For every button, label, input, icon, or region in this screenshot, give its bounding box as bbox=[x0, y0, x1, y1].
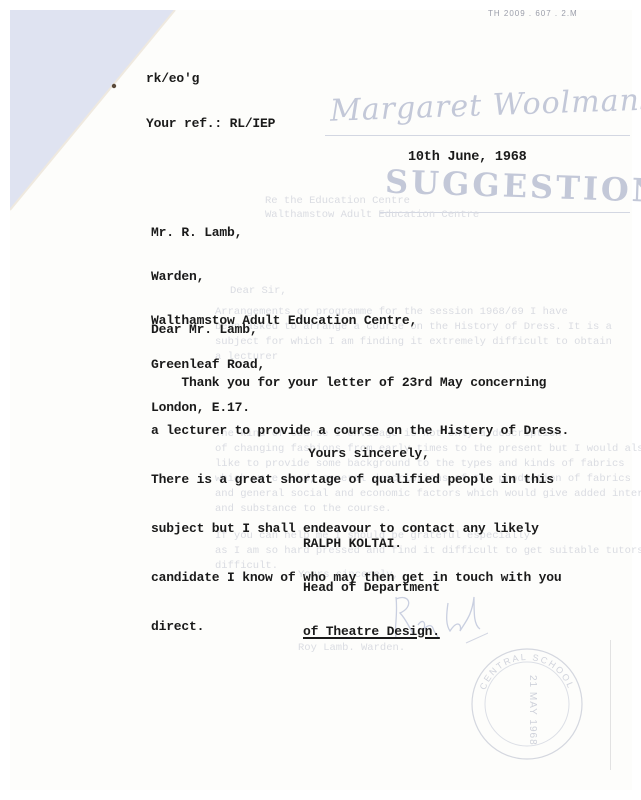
body-line: a lecturer to provide a course on the Hi… bbox=[151, 423, 569, 439]
our-reference: rk/eo'g bbox=[146, 71, 275, 86]
scan-edge-mark bbox=[610, 640, 611, 770]
signatory-department: of Theatre Design. bbox=[303, 625, 440, 640]
signature-block: RALPH KOLTAI. Head of Department of Thea… bbox=[303, 508, 440, 654]
letter-date: 10th June, 1968 bbox=[408, 150, 527, 165]
signatory-name: RALPH KOLTAI. bbox=[303, 537, 440, 552]
archive-reference-number: TH 2009 . 607 . 2.M bbox=[488, 9, 578, 18]
recipient-title: Warden, bbox=[151, 270, 417, 285]
signatory-title: Head of Department bbox=[303, 581, 440, 596]
your-reference: Your ref.: RL/IEP bbox=[146, 116, 275, 131]
svg-text:CENTRAL SCHOOL: CENTRAL SCHOOL bbox=[478, 652, 577, 691]
reference-block: rk/eo'g Your ref.: RL/IEP bbox=[146, 41, 275, 146]
received-date-stamp: CENTRAL SCHOOL 21 MAY 1968 bbox=[468, 645, 586, 763]
show-through-underline bbox=[325, 135, 630, 136]
body-line: There is a great shortage of qualified p… bbox=[151, 472, 569, 488]
body-line: Thank you for your letter of 23rd May co… bbox=[151, 375, 569, 391]
svg-text:21 MAY 1968: 21 MAY 1968 bbox=[527, 675, 538, 746]
recipient-name: Mr. R. Lamb, bbox=[151, 226, 417, 241]
complimentary-closing: Yours sincerely, bbox=[308, 446, 430, 461]
salutation: Dear Mr. Lamb, bbox=[151, 322, 257, 337]
